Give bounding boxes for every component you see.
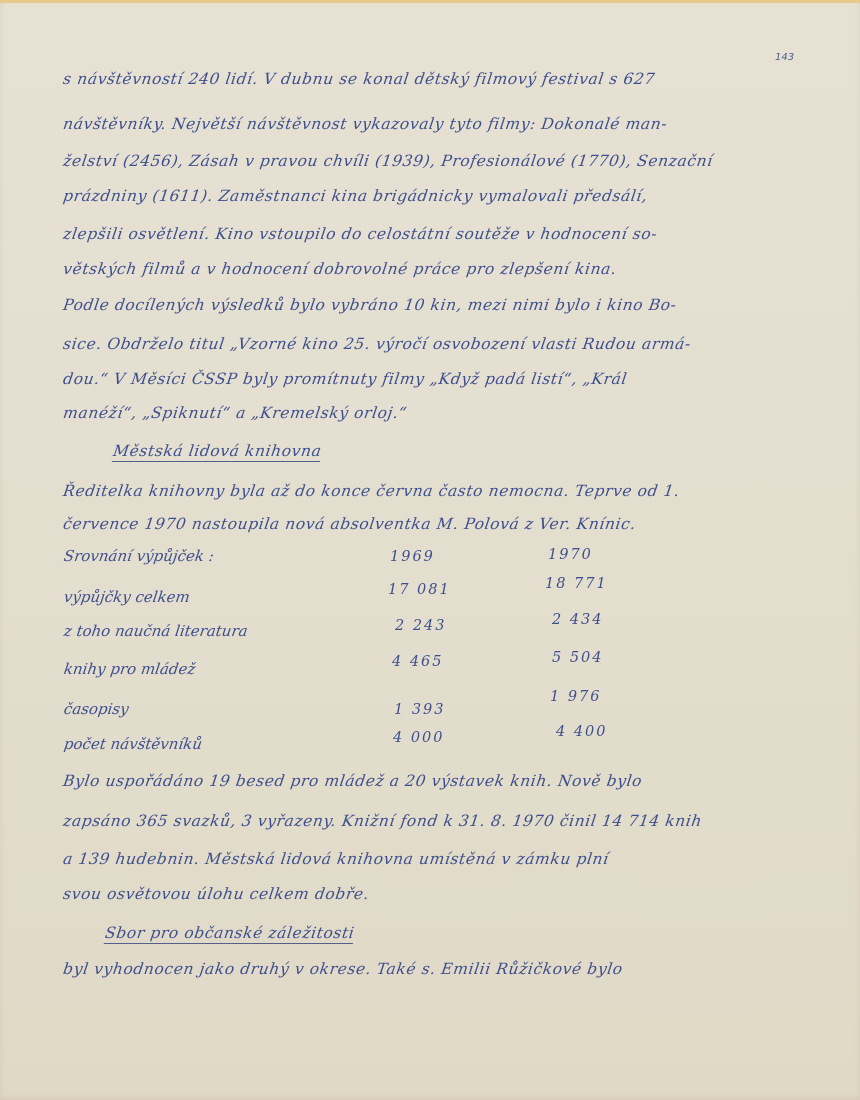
- text-line: a 139 hudebnin. Městská lidová knihovna …: [62, 850, 610, 868]
- value-1969: 17 081: [388, 582, 451, 598]
- text-line: větských filmů a v hodnocení dobrovolné …: [62, 260, 618, 278]
- text-line: manéží“, „Spiknutí“ a „Kremelský orloj.“: [62, 404, 408, 422]
- section-heading-library: Městská lidová knihovna: [112, 442, 323, 460]
- text-line: návštěvníky. Největší návštěvnost vykazo…: [62, 115, 668, 133]
- column-header-1969: 1969: [390, 549, 435, 565]
- row-label: výpůjčky celkem: [63, 588, 191, 606]
- row-label: z toho naučná literatura: [63, 622, 249, 640]
- table-header-label: Srovnání výpůjček :: [63, 547, 215, 565]
- text-line: dou.“ V Měsíci ČSSP byly promítnuty film…: [62, 370, 628, 388]
- text-line: s návštěvností 240 lidí. V dubnu se kona…: [62, 70, 656, 88]
- row-label: počet návštěvníků: [63, 735, 204, 753]
- value-1969: 4 000: [393, 730, 445, 746]
- column-header-1970: 1970: [548, 547, 593, 563]
- value-1970: 1 976: [550, 689, 602, 705]
- row-label: knihy pro mládež: [63, 660, 197, 678]
- value-1969: 4 465: [392, 654, 444, 670]
- manuscript-page: 143 s návštěvností 240 lidí. V dubnu se …: [0, 0, 860, 1100]
- text-line: byl vyhodnocen jako druhý v okrese. Také…: [62, 960, 624, 978]
- text-line: želství (2456), Zásah v pravou chvíli (1…: [62, 152, 714, 170]
- text-line: svou osvětovou úlohu celkem dobře.: [62, 885, 371, 903]
- text-line: prázdniny (1611). Zaměstnanci kina brigá…: [62, 187, 649, 205]
- value-1970: 2 434: [552, 612, 604, 628]
- text-line: Bylo uspořádáno 19 besed pro mládež a 20…: [62, 772, 643, 790]
- page-number: 143: [775, 52, 794, 63]
- value-1969: 2 243: [395, 618, 447, 634]
- row-label: časopisy: [63, 700, 130, 718]
- value-1970: 5 504: [552, 650, 604, 666]
- value-1970: 18 771: [545, 576, 608, 592]
- text-line: Ředitelka knihovny byla až do konce červ…: [62, 482, 681, 500]
- text-line: zlepšili osvětlení. Kino vstoupilo do ce…: [62, 225, 658, 243]
- value-1969: 1 393: [394, 702, 446, 718]
- section-heading-civic: Sbor pro občanské záležitosti: [104, 924, 356, 942]
- text-line: zapsáno 365 svazků, 3 vyřazeny. Knižní f…: [62, 812, 703, 830]
- text-line: sice. Obdrželo titul „Vzorné kino 25. vý…: [62, 335, 692, 353]
- text-line: Podle docílených výsledků bylo vybráno 1…: [62, 296, 678, 314]
- value-1970: 4 400: [556, 724, 608, 740]
- text-line: července 1970 nastoupila nová absolventk…: [62, 515, 637, 533]
